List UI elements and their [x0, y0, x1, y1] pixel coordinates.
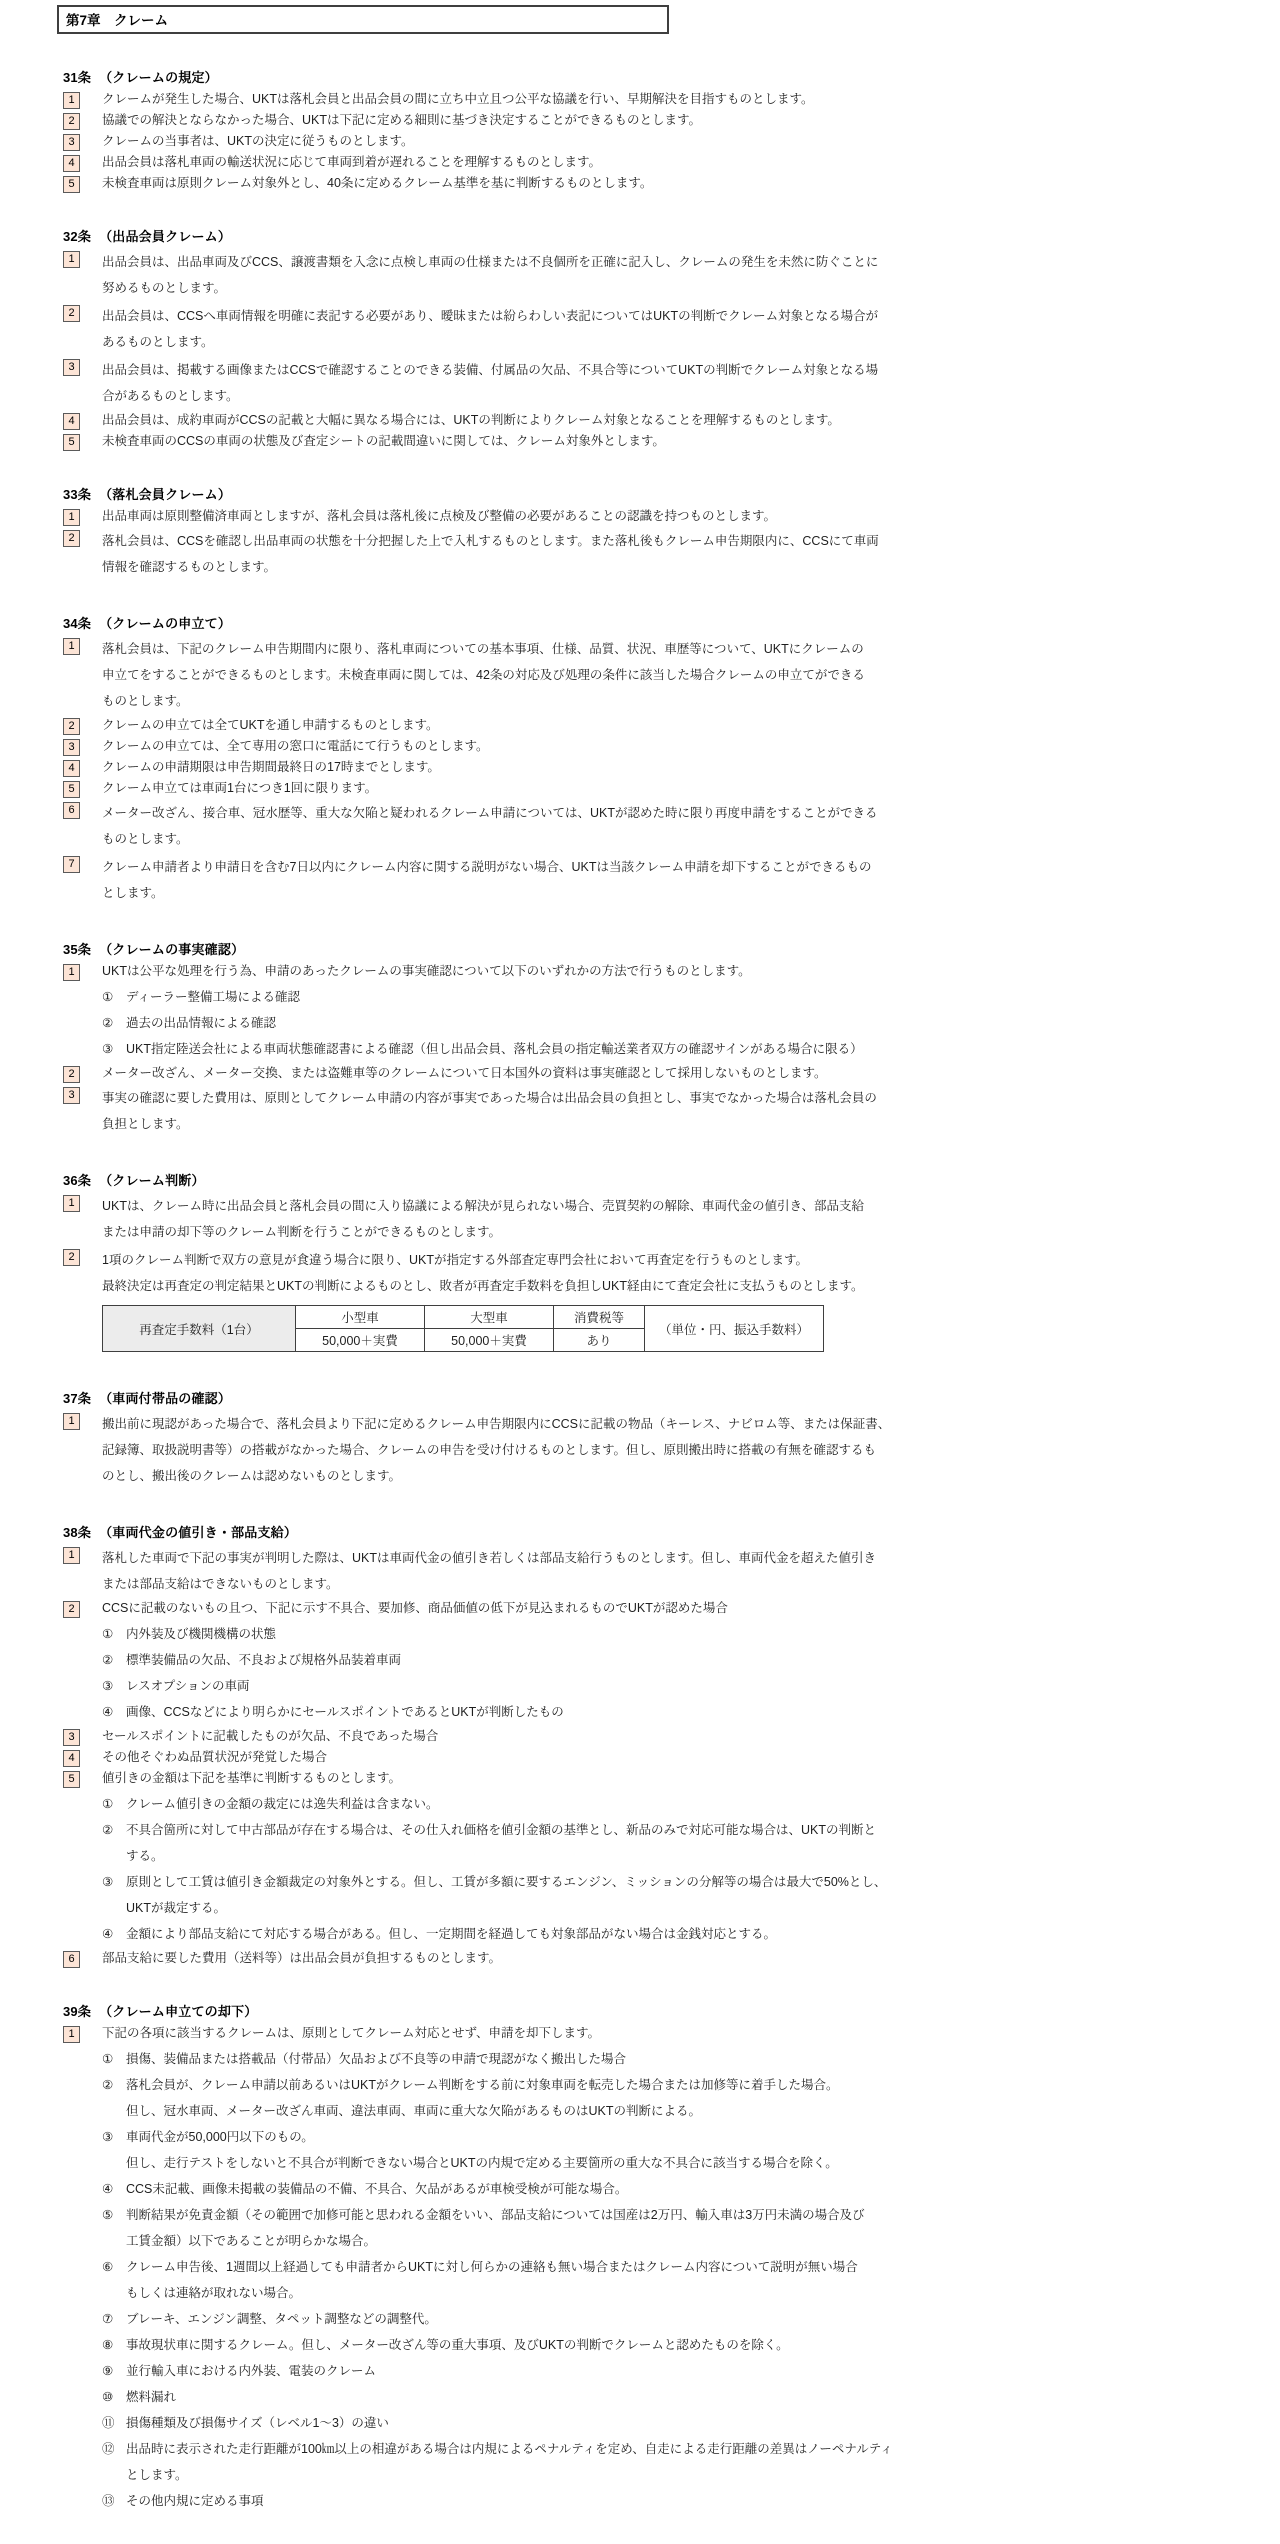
- section-number: 38条: [63, 1525, 91, 1540]
- item-body: セールスポイントに記載したものが欠品、不良であった場合: [102, 1727, 1260, 1746]
- sub-item-row: ⑤判断結果が免責金額（その範囲で加修可能と思われる金額をいい、部品支給については…: [102, 2202, 1260, 2254]
- section-number: 36条: [63, 1173, 91, 1188]
- sub-item-list: ①損傷、装備品または搭載品（付帯品）欠品および不良等の申請で現認がなく搬出した場…: [102, 2046, 1260, 2514]
- item-text: 落札会員は、CCSを確認し出品車両の状態を十分把握した上で入札するものとします。…: [102, 528, 1260, 580]
- item-row: 1UKTは、クレーム時に出品会員と落札会員の間に入り協議による解決が見られない場…: [63, 1193, 1260, 1245]
- item-row: 2落札会員は、CCSを確認し出品車両の状態を十分把握した上で入札するものとします…: [63, 528, 1260, 580]
- section-number: 35条: [63, 942, 91, 957]
- section-name: （落札会員クレーム）: [99, 487, 231, 502]
- item-number-box: 1: [63, 1195, 80, 1212]
- sub-item-row: ③レスオプションの車両: [102, 1673, 1260, 1699]
- sub-item-mark: ③: [102, 1036, 126, 1062]
- item-row: 3出品会員は、掲載する画像またはCCSで確認することのできる装備、付属品の欠品、…: [63, 357, 1260, 409]
- sub-item-row: ①クレーム値引きの金額の裁定には逸失利益は含まない。: [102, 1791, 1260, 1817]
- item-body: 出品会員は、掲載する画像またはCCSで確認することのできる装備、付属品の欠品、不…: [102, 357, 1260, 409]
- sub-item-row: ⑦ブレーキ、エンジン調整、タペット調整などの調整代。: [102, 2306, 1260, 2332]
- sub-item-row: ①ディーラー整備工場による確認: [102, 984, 1260, 1010]
- sub-item-mark: ②: [102, 2072, 126, 2098]
- section-number: 37条: [63, 1391, 91, 1406]
- item-body: 下記の各項に該当するクレームは、原則としてクレーム対応とせず、申請を却下します。…: [102, 2024, 1260, 2514]
- fee-table-header-cell: 大型車: [425, 1306, 554, 1329]
- item-row: 2CCSに記載のないもの且つ、下記に示す不具合、要加修、商品価値の低下が見込まれ…: [63, 1599, 1260, 1725]
- item-text: クレーム申立ては車両1台につき1回に限ります。: [102, 779, 1260, 798]
- item-body: 未検査車両は原則クレーム対象外とし、40条に定めるクレーム基準を基に判断するもの…: [102, 174, 1260, 193]
- item-number-box: 2: [63, 1066, 80, 1083]
- sub-item-text: 標準装備品の欠品、不良および規格外品装着車両: [126, 1647, 1260, 1673]
- item-number-box: 4: [63, 1750, 80, 1767]
- item-row: 3事実の確認に要した費用は、原則としてクレーム申請の内容が事実であった場合は出品…: [63, 1085, 1260, 1137]
- sub-item-text: CCS未記載、画像未掲載の装備品の不備、不具合、欠品があるが車検受検が可能な場合…: [126, 2176, 1260, 2202]
- sub-item-text: ブレーキ、エンジン調整、タペット調整などの調整代。: [126, 2306, 1260, 2332]
- sub-item-text: 画像、CCSなどにより明らかにセールスポイントであるとUKTが判断したもの: [126, 1699, 1260, 1725]
- section-name: （クレームの規定）: [99, 70, 218, 85]
- item-body: 出品会員は、CCSへ車両情報を明確に表記する必要があり、曖昧または紛らわしい表記…: [102, 303, 1260, 355]
- item-text: 搬出前に現認があった場合で、落札会員より下記に定めるクレーム申告期限内にCCSに…: [102, 1411, 1260, 1489]
- item-row: 3クレームの当事者は、UKTの決定に従うものとします。: [63, 132, 1260, 151]
- item-row: 4出品会員は、成約車両がCCSの記載と大幅に異なる場合には、UKTの判断によりク…: [63, 411, 1260, 430]
- item-text: セールスポイントに記載したものが欠品、不良であった場合: [102, 1727, 1260, 1746]
- document-body: 31条（クレームの規定）1クレームが発生した場合、UKTは落札会員と出品会員の間…: [0, 67, 1280, 2544]
- item-row: 1下記の各項に該当するクレームは、原則としてクレーム対応とせず、申請を却下します…: [63, 2024, 1260, 2514]
- item-row: 5値引きの金額は下記を基準に判断するものとします。①クレーム値引きの金額の裁定に…: [63, 1769, 1260, 1947]
- section-name: （車両代金の値引き・部品支給）: [99, 1525, 297, 1540]
- sub-item-mark: ①: [102, 1621, 126, 1647]
- item-body: 出品会員は落札車両の輸送状況に応じて車両到着が遅れることを理解するものとします。: [102, 153, 1260, 172]
- item-text: 値引きの金額は下記を基準に判断するものとします。: [102, 1769, 1260, 1788]
- sub-item-mark: ③: [102, 1869, 126, 1895]
- section-32条: 32条（出品会員クレーム）1出品会員は、出品車両及びCCS、譲渡書類を入念に点検…: [63, 226, 1260, 451]
- item-text: 落札会員は、下記のクレーム申告期間内に限り、落札車両についての基本事項、仕様、品…: [102, 636, 1260, 714]
- item-body: 搬出前に現認があった場合で、落札会員より下記に定めるクレーム申告期限内にCCSに…: [102, 1411, 1260, 1489]
- item-body: 事実の確認に要した費用は、原則としてクレーム申請の内容が事実であった場合は出品会…: [102, 1085, 1260, 1137]
- item-body: メーター改ざん、接合車、冠水歴等、重大な欠陥と疑われるクレーム申請については、U…: [102, 800, 1260, 852]
- sub-item-mark: ⑨: [102, 2358, 126, 2384]
- item-text: クレームが発生した場合、UKTは落札会員と出品会員の間に立ち中立且つ公平な協議を…: [102, 90, 1260, 109]
- sub-item-row: ⑩燃料漏れ: [102, 2384, 1260, 2410]
- item-row: 1出品会員は、出品車両及びCCS、譲渡書類を入念に点検し車両の仕様または不良個所…: [63, 249, 1260, 301]
- sub-item-mark: ⑤: [102, 2202, 126, 2228]
- item-row: 2メーター改ざん、メーター交換、または盗難車等のクレームについて日本国外の資料は…: [63, 1064, 1260, 1083]
- section-35条: 35条（クレームの事実確認）1UKTは公平な処理を行う為、申請のあったクレームの…: [63, 939, 1260, 1137]
- item-number-box: 3: [63, 359, 80, 376]
- sub-item-text: クレーム申告後、1週間以上経過しても申請者からUKTに対し何らかの連絡も無い場合…: [126, 2254, 1260, 2306]
- item-body: 1項のクレーム判断で双方の意見が食違う場合に限り、UKTが指定する外部査定専門会…: [102, 1247, 1260, 1355]
- item-row: 3セールスポイントに記載したものが欠品、不良であった場合: [63, 1727, 1260, 1746]
- item-body: クレームの申立ては全てUKTを通し申請するものとします。: [102, 716, 1260, 735]
- item-body: UKTは、クレーム時に出品会員と落札会員の間に入り協議による解決が見られない場合…: [102, 1193, 1260, 1245]
- sub-item-text: その他内規に定める事項: [126, 2488, 1260, 2514]
- sub-item-mark: ②: [102, 1010, 126, 1036]
- item-row: 2協議での解決とならなかった場合、UKTは下記に定める細則に基づき決定することが…: [63, 111, 1260, 130]
- item-number-box: 5: [63, 434, 80, 451]
- item-row: 4その他そぐわぬ品質状況が発覚した場合: [63, 1748, 1260, 1767]
- sub-item-mark: ③: [102, 1673, 126, 1699]
- section-title: 31条（クレームの規定）: [63, 67, 1260, 86]
- sub-item-row: ②過去の出品情報による確認: [102, 1010, 1260, 1036]
- item-row: 6部品支給に要した費用（送料等）は出品会員が負担するものとします。: [63, 1949, 1260, 1968]
- section-name: （クレーム申立ての却下）: [99, 2004, 257, 2019]
- sub-item-list: ①クレーム値引きの金額の裁定には逸失利益は含まない。②不具合箇所に対して中古部品…: [102, 1791, 1260, 1947]
- item-row: 7クレーム申請者より申請日を含む7日以内にクレーム内容に関する説明がない場合、U…: [63, 854, 1260, 906]
- item-row: 1UKTは公平な処理を行う為、申請のあったクレームの事実確認について以下のいずれ…: [63, 962, 1260, 1062]
- item-body: クレームの申立ては、全て専用の窓口に電話にて行うものとします。: [102, 737, 1260, 756]
- sub-item-row: ②標準装備品の欠品、不良および規格外品装着車両: [102, 1647, 1260, 1673]
- item-text: クレーム申請者より申請日を含む7日以内にクレーム内容に関する説明がない場合、UK…: [102, 854, 1260, 906]
- item-body: 落札会員は、CCSを確認し出品車両の状態を十分把握した上で入札するものとします。…: [102, 528, 1260, 580]
- item-number-box: 2: [63, 1601, 80, 1618]
- fee-table-value-cell: 50,000＋実費: [296, 1329, 425, 1352]
- item-number-box: 2: [63, 718, 80, 735]
- section-title: 38条（車両代金の値引き・部品支給）: [63, 1522, 1260, 1541]
- item-number-box: 1: [63, 92, 80, 109]
- item-number-box: 1: [63, 964, 80, 981]
- sub-item-row: ⑫出品時に表示された走行距離が100㎞以上の相違がある場合は内規によるペナルティ…: [102, 2436, 1260, 2488]
- sub-item-row: ②落札会員が、クレーム申請以前あるいはUKTがクレーム判断をする前に対象車両を転…: [102, 2072, 1260, 2124]
- sub-item-text: 金額により部品支給にて対応する場合がある。但し、一定期間を経過しても対象部品がな…: [126, 1921, 1260, 1947]
- item-body: その他そぐわぬ品質状況が発覚した場合: [102, 1748, 1260, 1767]
- item-body: 落札会員は、下記のクレーム申告期間内に限り、落札車両についての基本事項、仕様、品…: [102, 636, 1260, 714]
- fee-table-row: 再査定手数料（1台）小型車大型車消費税等（単位・円、振込手数料）: [103, 1306, 824, 1329]
- item-row: 1落札会員は、下記のクレーム申告期間内に限り、落札車両についての基本事項、仕様、…: [63, 636, 1260, 714]
- resurvey-fee-table: 再査定手数料（1台）小型車大型車消費税等（単位・円、振込手数料）50,000＋実…: [102, 1305, 824, 1352]
- section-number: 32条: [63, 229, 91, 244]
- item-row: 2クレームの申立ては全てUKTを通し申請するものとします。: [63, 716, 1260, 735]
- item-body: 未検査車両のCCSの車両の状態及び査定シートの記載間違いに関しては、クレーム対象…: [102, 432, 1260, 451]
- item-number-box: 1: [63, 251, 80, 268]
- fee-table-value-cell: あり: [554, 1329, 645, 1352]
- item-body: 協議での解決とならなかった場合、UKTは下記に定める細則に基づき決定することがで…: [102, 111, 1260, 130]
- section-title: 39条（クレーム申立ての却下）: [63, 2001, 1260, 2020]
- item-number-box: 3: [63, 1729, 80, 1746]
- item-number-box: 4: [63, 155, 80, 172]
- item-number-box: 6: [63, 1951, 80, 1968]
- chapter-title: 第7章 クレーム: [66, 13, 168, 28]
- item-number-box: 5: [63, 176, 80, 193]
- fee-table-note: （単位・円、振込手数料）: [645, 1306, 824, 1352]
- section-31条: 31条（クレームの規定）1クレームが発生した場合、UKTは落札会員と出品会員の間…: [63, 67, 1260, 193]
- section-37条: 37条（車両付帯品の確認）1搬出前に現認があった場合で、落札会員より下記に定める…: [63, 1388, 1260, 1489]
- item-number-box: 1: [63, 1413, 80, 1430]
- item-body: クレームの申請期限は申告期間最終日の17時までとします。: [102, 758, 1260, 777]
- item-row: 1搬出前に現認があった場合で、落札会員より下記に定めるクレーム申告期限内にCCS…: [63, 1411, 1260, 1489]
- item-number-box: 2: [63, 113, 80, 130]
- item-body: UKTは公平な処理を行う為、申請のあったクレームの事実確認について以下のいずれか…: [102, 962, 1260, 1062]
- item-number-box: 1: [63, 509, 80, 526]
- sub-item-mark: ⑬: [102, 2488, 126, 2514]
- sub-item-text: レスオプションの車両: [126, 1673, 1260, 1699]
- sub-item-mark: ②: [102, 1647, 126, 1673]
- fee-table-header-cell: 消費税等: [554, 1306, 645, 1329]
- section-name: （出品会員クレーム）: [99, 229, 231, 244]
- sub-item-text: 落札会員が、クレーム申請以前あるいはUKTがクレーム判断をする前に対象車両を転売…: [126, 2072, 1260, 2124]
- item-body: クレーム申請者より申請日を含む7日以内にクレーム内容に関する説明がない場合、UK…: [102, 854, 1260, 906]
- item-row: 3クレームの申立ては、全て専用の窓口に電話にて行うものとします。: [63, 737, 1260, 756]
- item-text: 落札した車両で下記の事実が判明した際は、UKTは車両代金の値引き若しくは部品支給…: [102, 1545, 1260, 1597]
- sub-item-list: ①内外装及び機関機構の状態②標準装備品の欠品、不良および規格外品装着車両③レスオ…: [102, 1621, 1260, 1725]
- chapter-title-box: 第7章 クレーム: [57, 5, 669, 34]
- sub-item-text: UKT指定陸送会社による車両状態確認書による確認（但し出品会員、落札会員の指定輸…: [126, 1036, 1260, 1062]
- sub-item-row: ⑬その他内規に定める事項: [102, 2488, 1260, 2514]
- item-text: 出品車両は原則整備済車両としますが、落札会員は落札後に点検及び整備の必要があるこ…: [102, 507, 1260, 526]
- fee-table-value-cell: 50,000＋実費: [425, 1329, 554, 1352]
- section-title: 36条（クレーム判断）: [63, 1170, 1260, 1189]
- sub-item-row: ②不具合箇所に対して中古部品が存在する場合は、その仕入れ価格を値引金額の基準とし…: [102, 1817, 1260, 1869]
- sub-item-mark: ⑩: [102, 2384, 126, 2410]
- section-34条: 34条（クレームの申立て）1落札会員は、下記のクレーム申告期間内に限り、落札車両…: [63, 613, 1260, 906]
- item-row: 5未検査車両のCCSの車両の状態及び査定シートの記載間違いに関しては、クレーム対…: [63, 432, 1260, 451]
- sub-item-row: ①内外装及び機関機構の状態: [102, 1621, 1260, 1647]
- sub-item-mark: ④: [102, 1921, 126, 1947]
- item-text: 下記の各項に該当するクレームは、原則としてクレーム対応とせず、申請を却下します。: [102, 2024, 1260, 2043]
- item-number-box: 2: [63, 305, 80, 322]
- item-text: UKTは公平な処理を行う為、申請のあったクレームの事実確認について以下のいずれか…: [102, 962, 1260, 981]
- item-body: クレーム申立ては車両1台につき1回に限ります。: [102, 779, 1260, 798]
- item-body: 落札した車両で下記の事実が判明した際は、UKTは車両代金の値引き若しくは部品支給…: [102, 1545, 1260, 1597]
- item-row: 1クレームが発生した場合、UKTは落札会員と出品会員の間に立ち中立且つ公平な協議…: [63, 90, 1260, 109]
- item-body: メーター改ざん、メーター交換、または盗難車等のクレームについて日本国外の資料は事…: [102, 1064, 1260, 1083]
- sub-item-text: 車両代金が50,000円以下のもの。 但し、走行テストをしないと不具合が判断でき…: [126, 2124, 1260, 2176]
- item-text: クレームの当事者は、UKTの決定に従うものとします。: [102, 132, 1260, 151]
- item-number-box: 5: [63, 781, 80, 798]
- item-text: 事実の確認に要した費用は、原則としてクレーム申請の内容が事実であった場合は出品会…: [102, 1085, 1260, 1137]
- sub-item-mark: ⑫: [102, 2436, 126, 2462]
- item-text: CCSに記載のないもの且つ、下記に示す不具合、要加修、商品価値の低下が見込まれる…: [102, 1599, 1260, 1618]
- item-body: クレームが発生した場合、UKTは落札会員と出品会員の間に立ち中立且つ公平な協議を…: [102, 90, 1260, 109]
- section-number: 34条: [63, 616, 91, 631]
- item-number-box: 1: [63, 638, 80, 655]
- sub-item-row: ①損傷、装備品または搭載品（付帯品）欠品および不良等の申請で現認がなく搬出した場…: [102, 2046, 1260, 2072]
- item-text: 出品会員は、掲載する画像またはCCSで確認することのできる装備、付属品の欠品、不…: [102, 357, 1260, 409]
- sub-item-row: ④CCS未記載、画像未掲載の装備品の不備、不具合、欠品があるが車検受検が可能な場…: [102, 2176, 1260, 2202]
- sub-item-text: 出品時に表示された走行距離が100㎞以上の相違がある場合は内規によるペナルティを…: [126, 2436, 1260, 2488]
- section-36条: 36条（クレーム判断）1UKTは、クレーム時に出品会員と落札会員の間に入り協議に…: [63, 1170, 1260, 1355]
- section-title: 34条（クレームの申立て）: [63, 613, 1260, 632]
- item-text: 出品会員は落札車両の輸送状況に応じて車両到着が遅れることを理解するものとします。: [102, 153, 1260, 172]
- item-text: クレームの申立ては全てUKTを通し申請するものとします。: [102, 716, 1260, 735]
- section-33条: 33条（落札会員クレーム）1出品車両は原則整備済車両としますが、落札会員は落札後…: [63, 484, 1260, 580]
- section-number: 39条: [63, 2004, 91, 2019]
- sub-item-text: 損傷、装備品または搭載品（付帯品）欠品および不良等の申請で現認がなく搬出した場合: [126, 2046, 1260, 2072]
- item-text: 出品会員は、CCSへ車両情報を明確に表記する必要があり、曖昧または紛らわしい表記…: [102, 303, 1260, 355]
- item-number-box: 1: [63, 2026, 80, 2043]
- sub-item-mark: ⑦: [102, 2306, 126, 2332]
- section-number: 31条: [63, 70, 91, 85]
- item-row: 5クレーム申立ては車両1台につき1回に限ります。: [63, 779, 1260, 798]
- sub-item-text: 内外装及び機関機構の状態: [126, 1621, 1260, 1647]
- section-38条: 38条（車両代金の値引き・部品支給）1落札した車両で下記の事実が判明した際は、U…: [63, 1522, 1260, 1968]
- item-number-box: 3: [63, 134, 80, 151]
- item-body: 出品会員は、成約車両がCCSの記載と大幅に異なる場合には、UKTの判断によりクレ…: [102, 411, 1260, 430]
- sub-item-text: ディーラー整備工場による確認: [126, 984, 1260, 1010]
- sub-item-mark: ①: [102, 1791, 126, 1817]
- sub-item-mark: ②: [102, 1817, 126, 1843]
- sub-item-text: 燃料漏れ: [126, 2384, 1260, 2410]
- item-number-box: 5: [63, 1771, 80, 1788]
- sub-item-mark: ④: [102, 2176, 126, 2202]
- item-number-box: 1: [63, 1547, 80, 1564]
- fee-table-label: 再査定手数料（1台）: [103, 1306, 296, 1352]
- sub-item-mark: ⑪: [102, 2410, 126, 2436]
- item-row: 1出品車両は原則整備済車両としますが、落札会員は落札後に点検及び整備の必要がある…: [63, 507, 1260, 526]
- sub-item-row: ⑪損傷種類及び損傷サイズ（レベル1～3）の違い: [102, 2410, 1260, 2436]
- item-text: 部品支給に要した費用（送料等）は出品会員が負担するものとします。: [102, 1949, 1260, 1968]
- sub-item-text: クレーム値引きの金額の裁定には逸失利益は含まない。: [126, 1791, 1260, 1817]
- sub-item-row: ③原則として工賃は値引き金額裁定の対象外とする。但し、工賃が多額に要するエンジン…: [102, 1869, 1260, 1921]
- item-text: 未検査車両のCCSの車両の状態及び査定シートの記載間違いに関しては、クレーム対象…: [102, 432, 1260, 451]
- section-name: （クレームの申立て）: [99, 616, 231, 631]
- item-row: 5未検査車両は原則クレーム対象外とし、40条に定めるクレーム基準を基に判断するも…: [63, 174, 1260, 193]
- section-title: 37条（車両付帯品の確認）: [63, 1388, 1260, 1407]
- item-number-box: 3: [63, 1087, 80, 1104]
- item-text: メーター改ざん、メーター交換、または盗難車等のクレームについて日本国外の資料は事…: [102, 1064, 1260, 1083]
- item-row: 4出品会員は落札車両の輸送状況に応じて車両到着が遅れることを理解するものとします…: [63, 153, 1260, 172]
- item-text: 協議での解決とならなかった場合、UKTは下記に定める細則に基づき決定することがで…: [102, 111, 1260, 130]
- item-number-box: 4: [63, 760, 80, 777]
- item-row: 21項のクレーム判断で双方の意見が食違う場合に限り、UKTが指定する外部査定専門…: [63, 1247, 1260, 1355]
- item-body: CCSに記載のないもの且つ、下記に示す不具合、要加修、商品価値の低下が見込まれる…: [102, 1599, 1260, 1725]
- item-row: 1落札した車両で下記の事実が判明した際は、UKTは車両代金の値引き若しくは部品支…: [63, 1545, 1260, 1597]
- section-title: 32条（出品会員クレーム）: [63, 226, 1260, 245]
- item-text: 1項のクレーム判断で双方の意見が食違う場合に限り、UKTが指定する外部査定専門会…: [102, 1247, 1260, 1299]
- item-body: クレームの当事者は、UKTの決定に従うものとします。: [102, 132, 1260, 151]
- item-row: 2出品会員は、CCSへ車両情報を明確に表記する必要があり、曖昧または紛らわしい表…: [63, 303, 1260, 355]
- sub-item-mark: ①: [102, 984, 126, 1010]
- sub-item-row: ⑨並行輸入車における内外装、電装のクレーム: [102, 2358, 1260, 2384]
- sub-item-row: ⑥クレーム申告後、1週間以上経過しても申請者からUKTに対し何らかの連絡も無い場…: [102, 2254, 1260, 2306]
- item-text: UKTは、クレーム時に出品会員と落札会員の間に入り協議による解決が見られない場合…: [102, 1193, 1260, 1245]
- sub-item-text: 原則として工賃は値引き金額裁定の対象外とする。但し、工賃が多額に要するエンジン、…: [126, 1869, 1260, 1921]
- item-text: その他そぐわぬ品質状況が発覚した場合: [102, 1748, 1260, 1767]
- item-text: メーター改ざん、接合車、冠水歴等、重大な欠陥と疑われるクレーム申請については、U…: [102, 800, 1260, 852]
- section-title: 35条（クレームの事実確認）: [63, 939, 1260, 958]
- item-text: 出品会員は、出品車両及びCCS、譲渡書類を入念に点検し車両の仕様または不良個所を…: [102, 249, 1260, 301]
- item-body: 出品会員は、出品車両及びCCS、譲渡書類を入念に点検し車両の仕様または不良個所を…: [102, 249, 1260, 301]
- item-body: 部品支給に要した費用（送料等）は出品会員が負担するものとします。: [102, 1949, 1260, 1968]
- item-number-box: 3: [63, 739, 80, 756]
- item-text: クレームの申請期限は申告期間最終日の17時までとします。: [102, 758, 1260, 777]
- sub-item-text: 過去の出品情報による確認: [126, 1010, 1260, 1036]
- sub-item-text: 事故現状車に関するクレーム。但し、メーター改ざん等の重大事項、及びUKTの判断で…: [126, 2332, 1260, 2358]
- item-row: 6メーター改ざん、接合車、冠水歴等、重大な欠陥と疑われるクレーム申請については、…: [63, 800, 1260, 852]
- item-number-box: 2: [63, 1249, 80, 1266]
- sub-item-row: ⑧事故現状車に関するクレーム。但し、メーター改ざん等の重大事項、及びUKTの判断…: [102, 2332, 1260, 2358]
- item-number-box: 4: [63, 413, 80, 430]
- sub-item-text: 不具合箇所に対して中古部品が存在する場合は、その仕入れ価格を値引金額の基準とし、…: [126, 1817, 1260, 1869]
- item-body: 値引きの金額は下記を基準に判断するものとします。①クレーム値引きの金額の裁定には…: [102, 1769, 1260, 1947]
- section-number: 33条: [63, 487, 91, 502]
- sub-item-row: ③UKT指定陸送会社による車両状態確認書による確認（但し出品会員、落札会員の指定…: [102, 1036, 1260, 1062]
- sub-item-mark: ③: [102, 2124, 126, 2150]
- item-text: 出品会員は、成約車両がCCSの記載と大幅に異なる場合には、UKTの判断によりクレ…: [102, 411, 1260, 430]
- sub-item-mark: ④: [102, 1699, 126, 1725]
- sub-item-row: ④金額により部品支給にて対応する場合がある。但し、一定期間を経過しても対象部品が…: [102, 1921, 1260, 1947]
- section-name: （クレーム判断）: [99, 1173, 205, 1188]
- sub-item-text: 判断結果が免責金額（その範囲で加修可能と思われる金額をいい、部品支給については国…: [126, 2202, 1260, 2254]
- sub-item-row: ④画像、CCSなどにより明らかにセールスポイントであるとUKTが判断したもの: [102, 1699, 1260, 1725]
- sub-item-text: 並行輸入車における内外装、電装のクレーム: [126, 2358, 1260, 2384]
- fee-table-header-cell: 小型車: [296, 1306, 425, 1329]
- section-39条: 39条（クレーム申立ての却下）1下記の各項に該当するクレームは、原則としてクレー…: [63, 2001, 1260, 2514]
- sub-item-mark: ⑧: [102, 2332, 126, 2358]
- item-row: 4クレームの申請期限は申告期間最終日の17時までとします。: [63, 758, 1260, 777]
- section-name: （車両付帯品の確認）: [99, 1391, 231, 1406]
- item-number-box: 2: [63, 530, 80, 547]
- section-name: （クレームの事実確認）: [99, 942, 244, 957]
- section-title: 33条（落札会員クレーム）: [63, 484, 1260, 503]
- sub-item-row: ③車両代金が50,000円以下のもの。 但し、走行テストをしないと不具合が判断で…: [102, 2124, 1260, 2176]
- sub-item-text: 損傷種類及び損傷サイズ（レベル1～3）の違い: [126, 2410, 1260, 2436]
- sub-item-list: ①ディーラー整備工場による確認②過去の出品情報による確認③UKT指定陸送会社によ…: [102, 984, 1260, 1062]
- sub-item-mark: ①: [102, 2046, 126, 2072]
- sub-item-mark: ⑥: [102, 2254, 126, 2280]
- item-body: 出品車両は原則整備済車両としますが、落札会員は落札後に点検及び整備の必要があるこ…: [102, 507, 1260, 526]
- item-text: クレームの申立ては、全て専用の窓口に電話にて行うものとします。: [102, 737, 1260, 756]
- item-text: 未検査車両は原則クレーム対象外とし、40条に定めるクレーム基準を基に判断するもの…: [102, 174, 1260, 193]
- item-number-box: 7: [63, 856, 80, 873]
- item-number-box: 6: [63, 802, 80, 819]
